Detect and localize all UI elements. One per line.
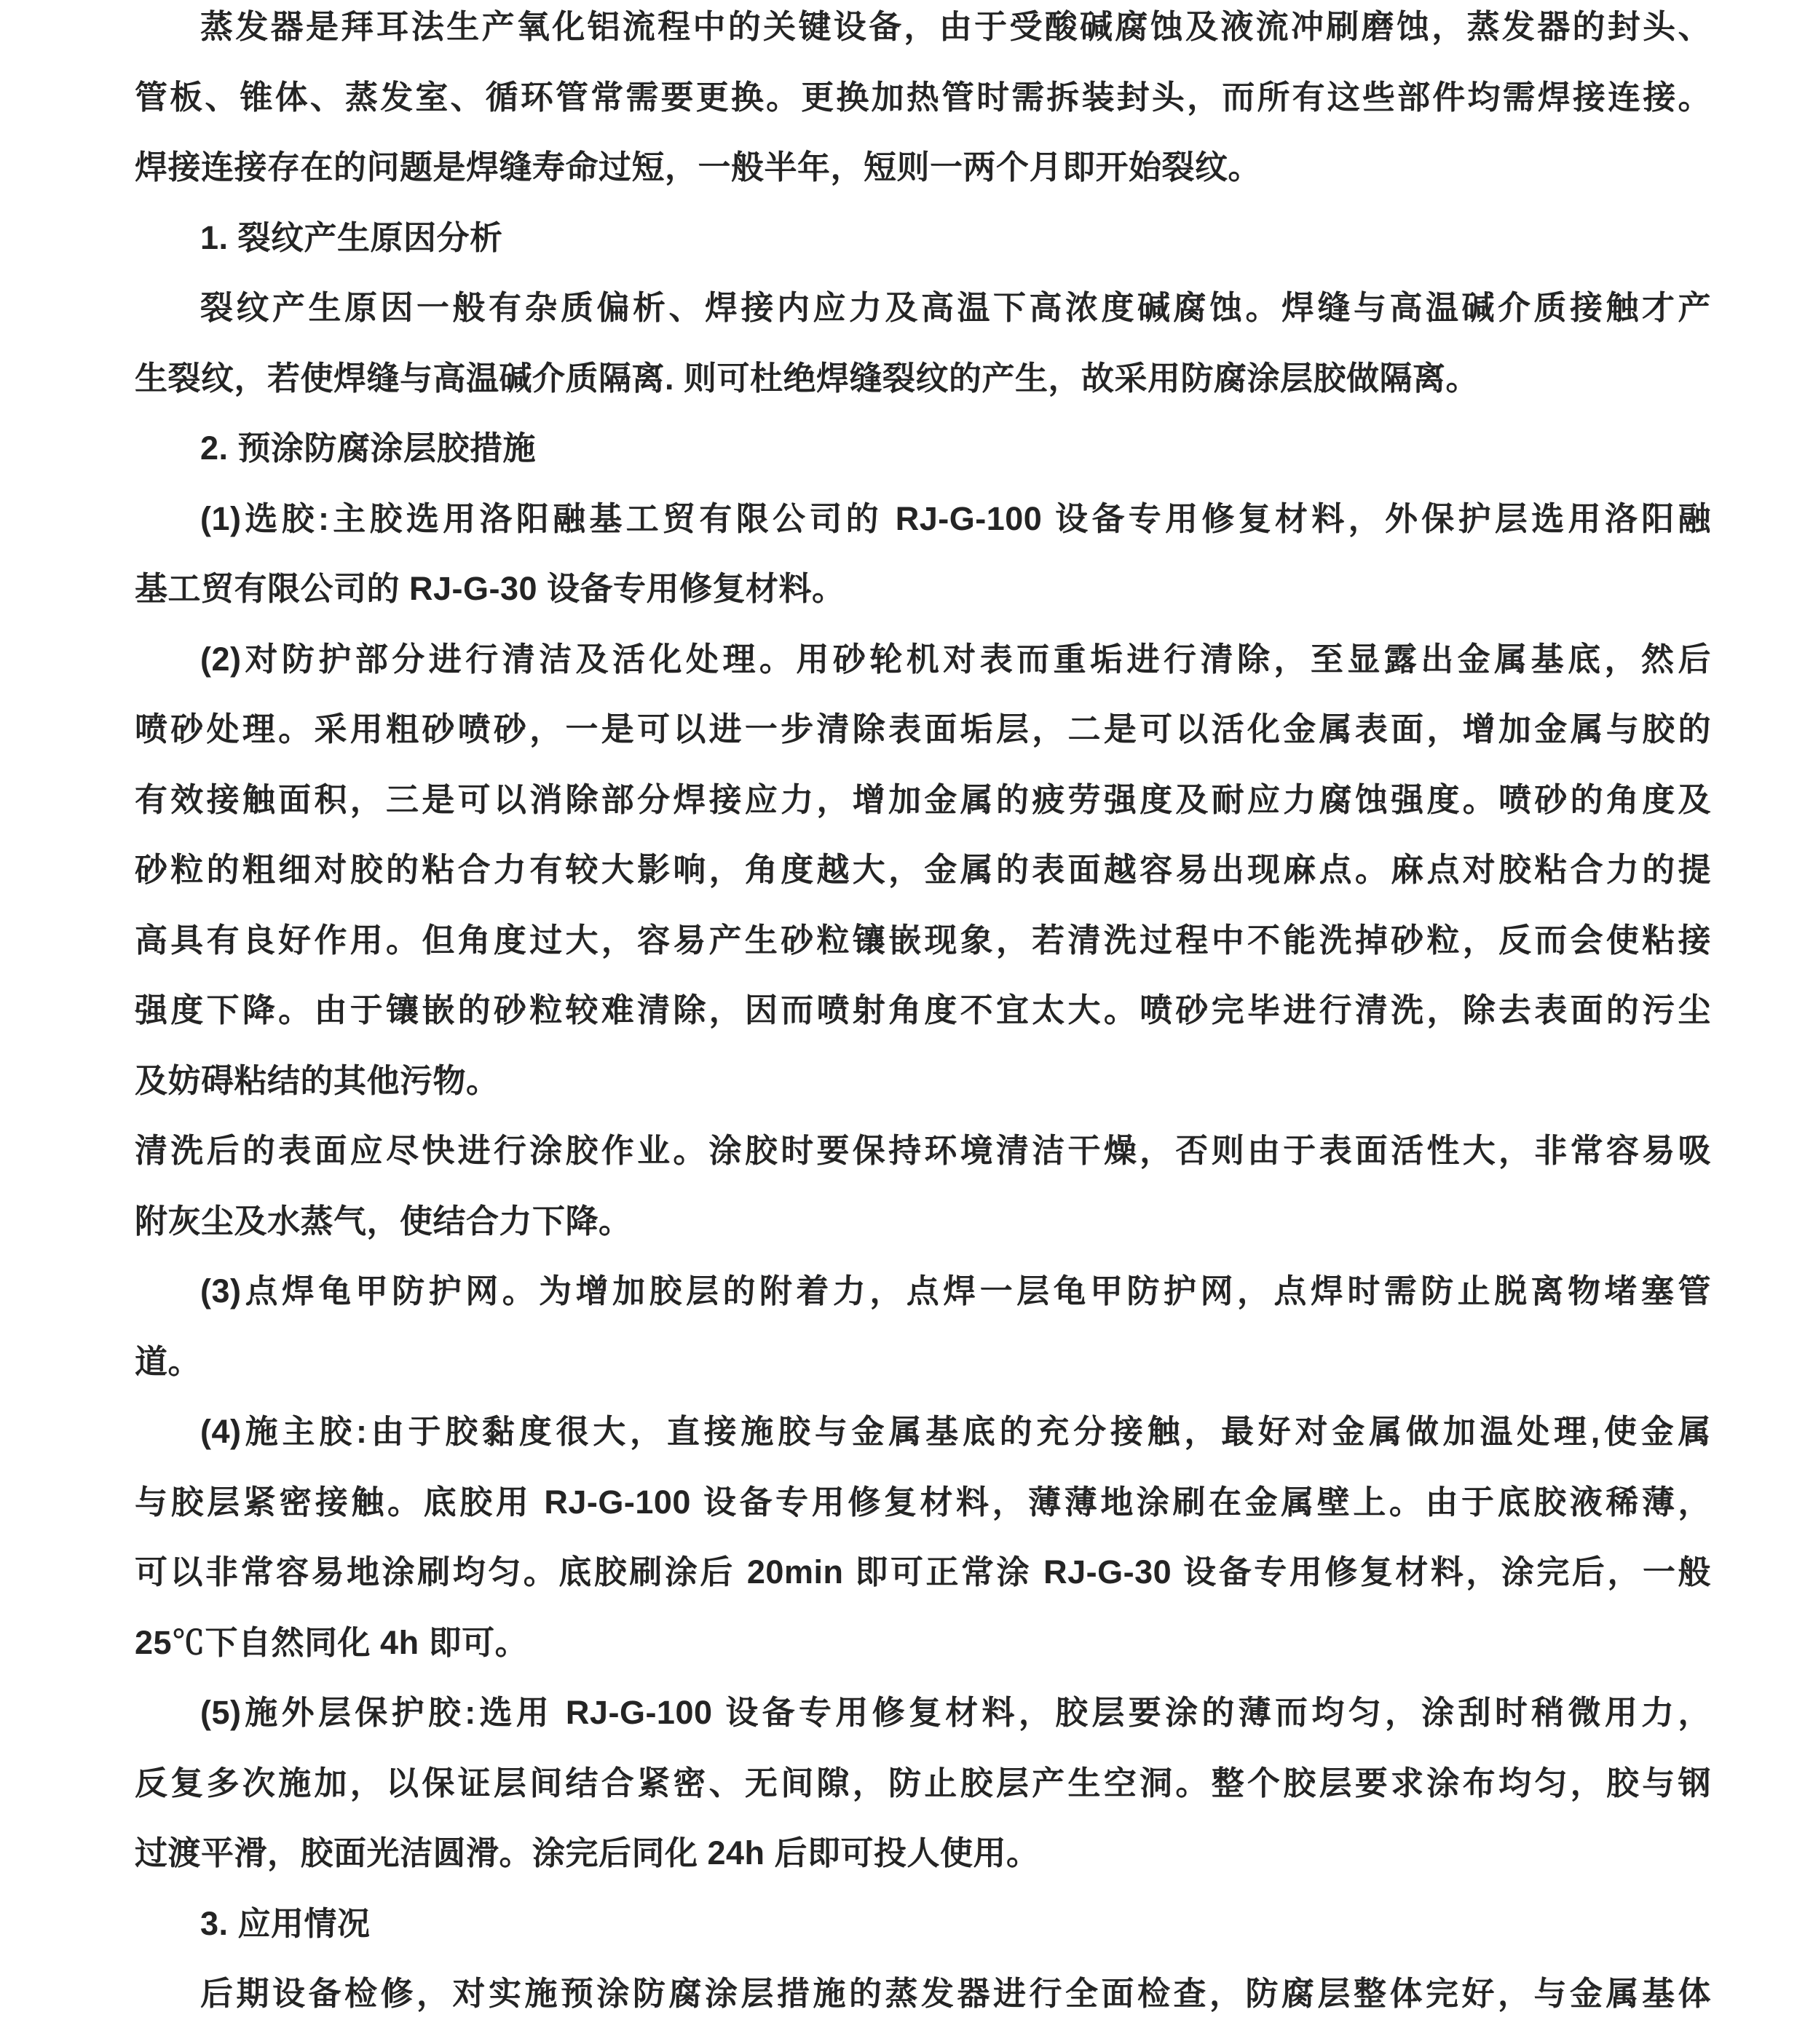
- text-line: 过渡平滑，胶面光洁圆滑。涂完后同化 24h 后即可投人使用。: [135, 1818, 1711, 1889]
- text-line: (2)对防护部分进行清洁及活化处理。用砂轮机对表而重垢进行清除，至显露出金属基底…: [135, 625, 1711, 695]
- text-line: 基工贸有限公司的 RJ-G-30 设备专用修复材料。: [135, 554, 1711, 625]
- text-line: 25℃下自然同化 4h 即可。: [135, 1608, 1711, 1679]
- text-line: 砂粒的粗细对胶的粘合力有较大影响，角度越大，金属的表面越容易出现麻点。麻点对胶粘…: [135, 835, 1711, 906]
- text-line: 与胶层紧密接触。底胶用 RJ-G-100 设备专用修复材料，薄薄地涂刷在金属壁上…: [135, 1467, 1711, 1538]
- document-page: 蒸发器是拜耳法生产氧化铝流程中的关键设备，由于受酸碱腐蚀及液流冲刷磨蚀，蒸发器的…: [0, 0, 1805, 2044]
- text-line: 清洗后的表面应尽快进行涂胶作业。涂胶时要保持环境清洁干燥，否则由于表面活性大，非…: [135, 1116, 1711, 1187]
- text-line: 3. 应用情况: [135, 1889, 1711, 1960]
- text-line: 道。: [135, 1327, 1711, 1398]
- text-line: (4)施主胶:由于胶黏度很大，直接施胶与金属基底的充分接触，最好对金属做加温处理…: [135, 1397, 1711, 1467]
- text-line: 有效接触面积，三是可以消除部分焊接应力，增加金属的疲劳强度及耐应力腐蚀强度。喷砂…: [135, 765, 1711, 836]
- text-line: 反复多次施加，以保证层间结合紧密、无间隙，防止胶层产生空洞。整个胶层要求涂布均匀…: [135, 1748, 1711, 1819]
- text-line: 后期设备检修，对实施预涂防腐涂层措施的蒸发器进行全面检查，防腐层整体完好，与金属…: [135, 1959, 1711, 2029]
- text-line: 裂纹产生原因一般有杂质偏析、焊接内应力及高温下高浓度碱腐蚀。焊缝与高温碱介质接触…: [135, 273, 1711, 344]
- text-line: 管板、锥体、蒸发室、循环管常需要更换。更换加热管时需拆装封头，而所有这些部件均需…: [135, 63, 1711, 133]
- text-line: 及妨碍粘结的其他污物。: [135, 1046, 1711, 1117]
- text-line: (3)点焊龟甲防护网。为增加胶层的附着力，点焊一层龟甲防护网，点焊时需防止脱离物…: [135, 1256, 1711, 1327]
- text-line: 生裂纹，若使焊缝与高温碱介质隔离. 则可杜绝焊缝裂纹的产生，故采用防腐涂层胶做隔…: [135, 344, 1711, 414]
- text-line: 2. 预涂防腐涂层胶措施: [135, 413, 1711, 484]
- text-line: 1. 裂纹产生原因分析: [135, 203, 1711, 274]
- text-line: 高具有良好作用。但角度过大，容易产生砂粒镶嵌现象，若清洗过程中不能洗掉砂粒，反而…: [135, 906, 1711, 976]
- text-line: 可以非常容易地涂刷均匀。底胶刷涂后 20min 即可正常涂 RJ-G-30 设备…: [135, 1537, 1711, 1608]
- text-line: (5)施外层保护胶:选用 RJ-G-100 设备专用修复材料，胶层要涂的薄而均匀…: [135, 1678, 1711, 1748]
- text-line: 喷砂处理。采用粗砂喷砂，一是可以进一步清除表面垢层，二是可以活化金属表面，增加金…: [135, 694, 1711, 765]
- text-line: 附灰尘及水蒸气，使结合力下降。: [135, 1187, 1711, 1257]
- text-line: 焊接连接存在的问题是焊缝寿命过短，一般半年，短则一两个月即开始裂纹。: [135, 132, 1711, 203]
- text-line: (1)选胶:主胶选用洛阳融基工贸有限公司的 RJ-G-100 设备专用修复材料，…: [135, 484, 1711, 555]
- text-line: 蒸发器是拜耳法生产氧化铝流程中的关键设备，由于受酸碱腐蚀及液流冲刷磨蚀，蒸发器的…: [135, 0, 1711, 63]
- document-body: 蒸发器是拜耳法生产氧化铝流程中的关键设备，由于受酸碱腐蚀及液流冲刷磨蚀，蒸发器的…: [135, 0, 1711, 2029]
- text-line: 强度下降。由于镶嵌的砂粒较难清除，因而喷射角度不宜太大。喷砂完毕进行清洗，除去表…: [135, 975, 1711, 1046]
